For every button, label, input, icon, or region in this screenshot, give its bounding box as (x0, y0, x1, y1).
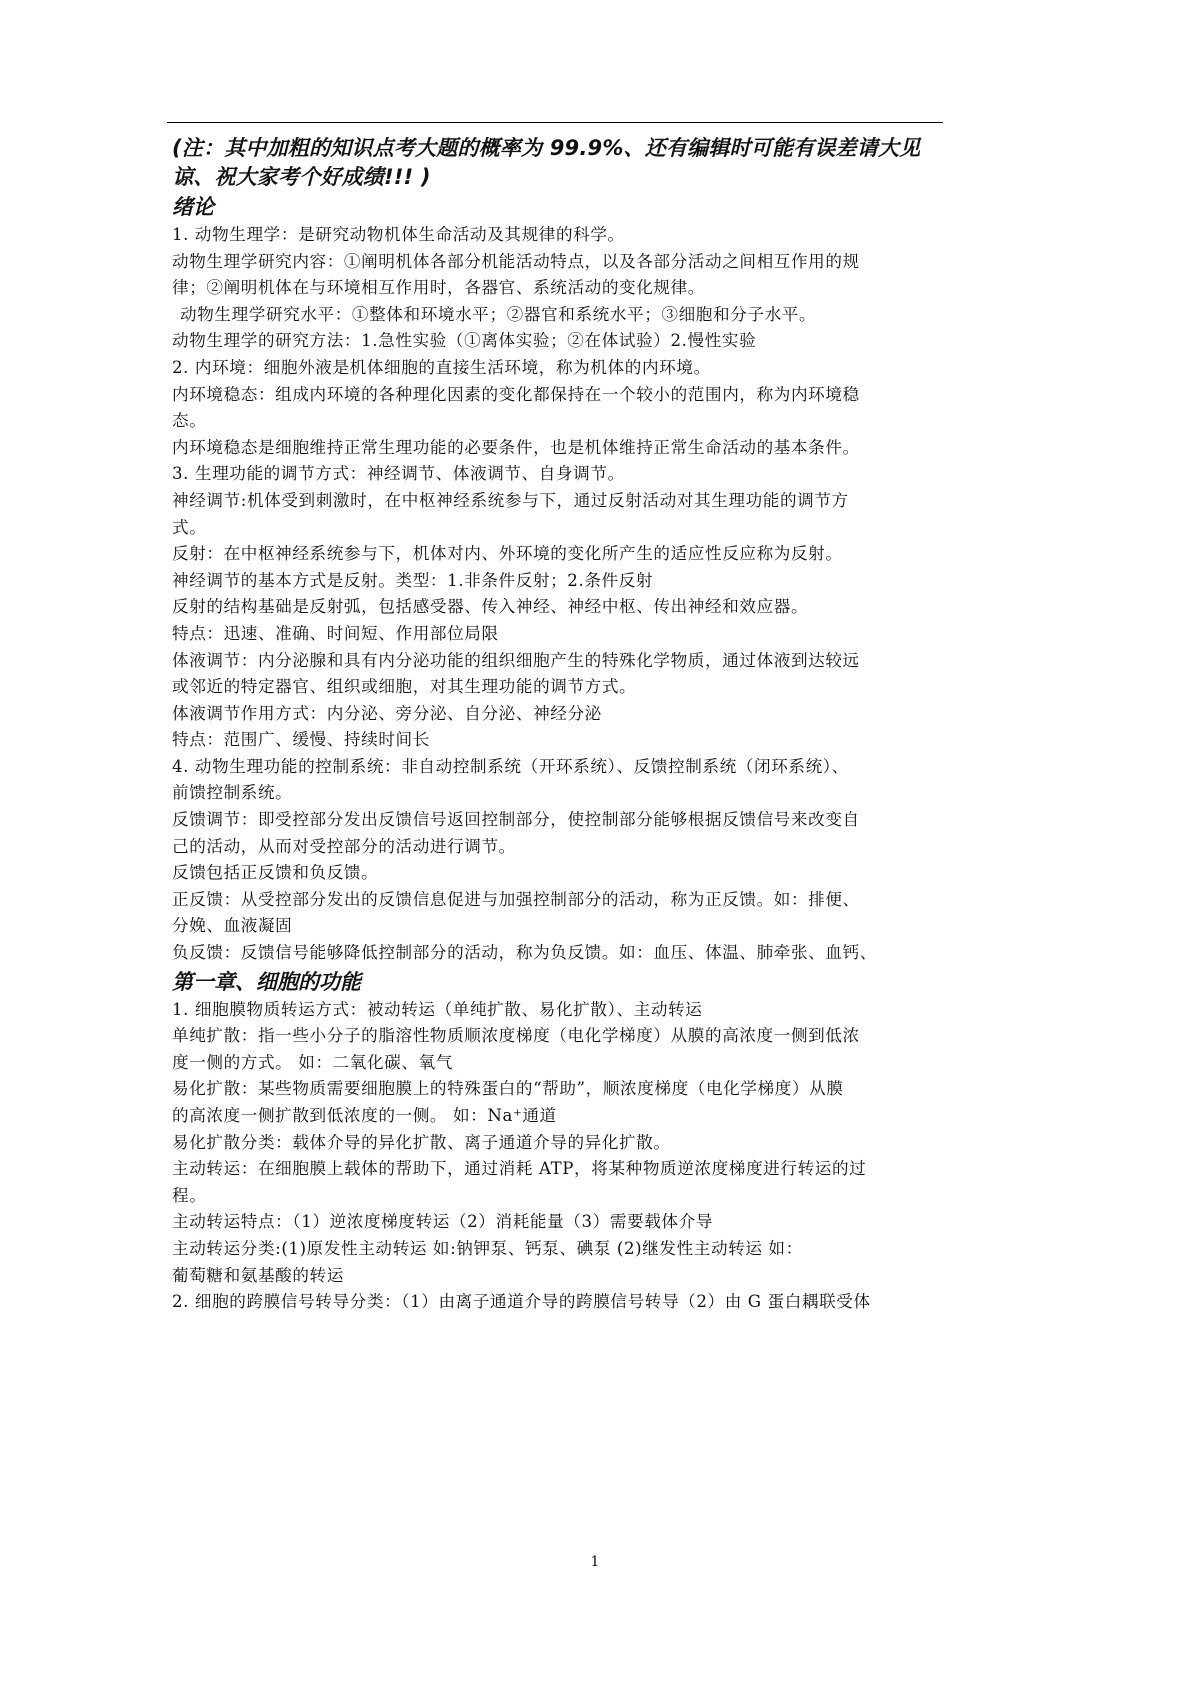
section-body-introduction: 1. 动物生理学：是研究动物机体生命活动及其规律的科学。 动物生理学研究内容：①… (172, 222, 947, 967)
text-line: 3. 生理功能的调节方式：神经调节、体液调节、自身调节。 (172, 461, 947, 488)
text-line: 的高浓度一侧扩散到低浓度的一侧。 如：Na⁺通道 (172, 1103, 947, 1130)
text-line: 2. 内环境：细胞外液是机体细胞的直接生活环境，称为机体的内环境。 (172, 355, 947, 382)
text-line: 葡萄糖和氨基酸的转运 (172, 1263, 947, 1290)
text-line: 或邻近的特定器官、组织或细胞，对其生理功能的调节方式。 (172, 674, 947, 701)
text-line: 特点：迅速、准确、时间短、作用部位局限 (172, 621, 947, 648)
text-line: 内环境稳态：组成内环境的各种理化因素的变化都保持在一个较小的范围内，称为内环境稳 (172, 382, 947, 409)
text-line: 程。 (172, 1183, 947, 1210)
text-line: 主动转运特点：（1）逆浓度梯度转运（2）消耗能量（3）需要载体介导 (172, 1209, 947, 1236)
section-heading-chapter-1: 第一章、细胞的功能 (172, 967, 947, 997)
text-line: 主动转运：在细胞膜上载体的帮助下，通过消耗 ATP，将某种物质逆浓度梯度进行转运… (172, 1156, 947, 1183)
text-line: 反馈调节：即受控部分发出反馈信号返回控制部分，使控制部分能够根据反馈信号来改变自 (172, 807, 947, 834)
text-line: 负反馈：反馈信号能够降低控制部分的活动，称为负反馈。如：血压、体温、肺牵张、血钙… (172, 940, 947, 967)
text-line: 易化扩散分类：载体介导的异化扩散、离子通道介导的异化扩散。 (172, 1130, 947, 1157)
text-line: 动物生理学研究水平：①整体和环境水平；②器官和系统水平；③细胞和分子水平。 (172, 302, 947, 329)
text-line: 律；②阐明机体在与环境相互作用时，各器官、系统活动的变化规律。 (172, 275, 947, 302)
document-page: (注：其中加粗的知识点考大题的概率为 99.9%、还有编辑时可能有误差请大见谅、… (0, 0, 1190, 1683)
text-line: 动物生理学研究内容：①阐明机体各部分机能活动特点，以及各部分活动之间相互作用的规 (172, 249, 947, 276)
text-line: 2. 细胞的跨膜信号转导分类：（1）由离子通道介导的跨膜信号转导（2）由 G 蛋… (172, 1289, 947, 1316)
text-line: 1. 细胞膜物质转运方式：被动转运（单纯扩散、易化扩散）、主动转运 (172, 997, 947, 1024)
text-line: 前馈控制系统。 (172, 780, 947, 807)
text-line: 内环境稳态是细胞维持正常生理功能的必要条件，也是机体维持正常生命活动的基本条件。 (172, 435, 947, 462)
text-line: 主动转运分类:(1)原发性主动转运 如:钠钾泵、钙泵、碘泵 (2)继发性主动转运… (172, 1236, 947, 1263)
text-line: 反射：在中枢神经系统参与下，机体对内、外环境的变化所产生的适应性反应称为反射。 (172, 541, 947, 568)
text-line: 动物生理学的研究方法：1.急性实验（①离体实验；②在体试验）2.慢性实验 (172, 328, 947, 355)
text-line: 己的活动，从而对受控部分的活动进行调节。 (172, 834, 947, 861)
header-rule (167, 122, 943, 123)
section-heading-introduction: 绪论 (172, 192, 947, 222)
page-number: 1 (0, 1554, 1190, 1570)
text-line: 反馈包括正反馈和负反馈。 (172, 860, 947, 887)
text-line: 正反馈：从受控部分发出的反馈信息促进与加强控制部分的活动，称为正反馈。如：排便、 (172, 887, 947, 914)
text-line: 分娩、血液凝固 (172, 913, 947, 940)
text-line: 单纯扩散：指一些小分子的脂溶性物质顺浓度梯度（电化学梯度）从膜的高浓度一侧到低浓 (172, 1023, 947, 1050)
text-line: 体液调节作用方式：内分泌、旁分泌、自分泌、神经分泌 (172, 701, 947, 728)
exam-note: (注：其中加粗的知识点考大题的概率为 99.9%、还有编辑时可能有误差请大见谅、… (172, 134, 947, 192)
text-line: 度一侧的方式。 如：二氧化碳、氧气 (172, 1050, 947, 1077)
text-line: 态。 (172, 408, 947, 435)
text-line: 易化扩散：某些物质需要细胞膜上的特殊蛋白的“帮助”，顺浓度梯度（电化学梯度）从膜 (172, 1076, 947, 1103)
text-line: 4. 动物生理功能的控制系统：非自动控制系统（开环系统）、反馈控制系统（闭环系统… (172, 754, 947, 781)
text-line: 1. 动物生理学：是研究动物机体生命活动及其规律的科学。 (172, 222, 947, 249)
page-content: (注：其中加粗的知识点考大题的概率为 99.9%、还有编辑时可能有误差请大见谅、… (172, 134, 947, 1316)
text-line: 反射的结构基础是反射弧，包括感受器、传入神经、神经中枢、传出神经和效应器。 (172, 594, 947, 621)
text-line: 体液调节：内分泌腺和具有内分泌功能的组织细胞产生的特殊化学物质，通过体液到达较远 (172, 648, 947, 675)
text-line: 神经调节:机体受到刺激时，在中枢神经系统参与下，通过反射活动对其生理功能的调节方 (172, 488, 947, 515)
text-line: 神经调节的基本方式是反射。类型：1.非条件反射；2.条件反射 (172, 568, 947, 595)
text-line: 特点：范围广、缓慢、持续时间长 (172, 727, 947, 754)
text-line: 式。 (172, 515, 947, 542)
section-body-chapter-1: 1. 细胞膜物质转运方式：被动转运（单纯扩散、易化扩散）、主动转运 单纯扩散：指… (172, 997, 947, 1316)
